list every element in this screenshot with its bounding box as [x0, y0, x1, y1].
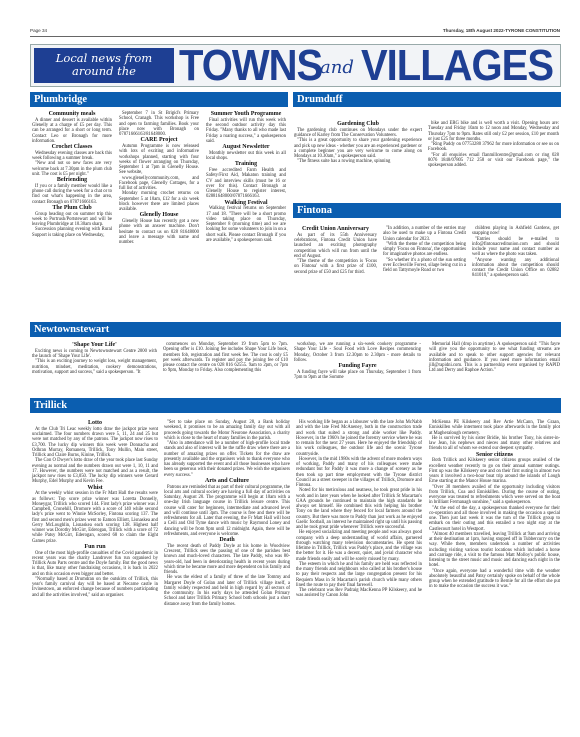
- article-paragraph: At the weekly whist session in the Fr Ma…: [32, 491, 158, 544]
- article-headline: Walking Festival: [206, 200, 286, 207]
- article-paragraph: As part of its 55th Anniversary celebrat…: [294, 233, 377, 259]
- article-headline: Arts and Culture: [164, 478, 290, 485]
- article-paragraph: "This is a great opportunity to share yo…: [294, 138, 422, 159]
- trillick-col-2: "Set to take place on Sunday, August 28,…: [164, 420, 290, 607]
- article-paragraph: The esteem in which he and his family ar…: [296, 562, 422, 588]
- article-paragraph: "In addition, a number of the entries ma…: [383, 226, 466, 242]
- article-paragraph: children playing in Ashfield Gardens, ge…: [472, 226, 559, 237]
- banner-towns: TOWNS: [179, 43, 322, 88]
- article-paragraph: He is survived by his sister Bridie, his…: [429, 436, 560, 452]
- page-folio: Page 34 Thursday, 18th August 2022-TYRON…: [30, 27, 560, 37]
- article-paragraph: Group heading out on summer trip this we…: [32, 212, 112, 228]
- article-headline: Senior citizens: [429, 452, 560, 459]
- article-headline: August Newsletter: [206, 144, 286, 151]
- article-paragraph: "Entries should be e-mailed to info@fint…: [472, 237, 559, 258]
- article-paragraph: "Normally based at Drumdran on the outsk…: [32, 577, 158, 598]
- trillick-col-4: McKenna PE Kilskeery and Rev Artie McCan…: [429, 420, 560, 590]
- article-headline: Gardening Club: [294, 121, 422, 128]
- article-headline: Fun run: [32, 544, 158, 551]
- article-paragraph: "Once again, everyone had a wonderful ti…: [429, 569, 560, 590]
- article-paragraph: Succession planning evening with Rural S…: [32, 227, 112, 238]
- article-headline: Funding Fayre: [294, 363, 421, 370]
- section-header-drumduff: Drumduff: [293, 92, 561, 107]
- article-headline: Lotto: [32, 420, 158, 427]
- article-paragraph: Glenelly House has recently got a new ph…: [119, 219, 199, 245]
- article-paragraph: Memorial Hall (drop in anytime). A spoke…: [429, 342, 560, 374]
- trillick-col-1: LottoAt the Club Tri Leac weekly lotto d…: [32, 420, 158, 598]
- article-headline: Whist: [32, 485, 158, 492]
- article-paragraph: A dinner and dessert is available within…: [32, 118, 112, 144]
- article-paragraph: He enjoyed socializing and meeting peopl…: [296, 530, 422, 562]
- article-paragraph: "The theme of the competition is 'Focus …: [294, 259, 377, 275]
- article-headline: The Plum Club: [32, 205, 112, 212]
- article-paragraph: "Set to take place on Sunday, August 28,…: [164, 420, 290, 441]
- article-paragraph: Autumn Programme is now released with lo…: [119, 144, 199, 176]
- newtownstewart-col-1: 'Shape Your Life'Exciting news is coming…: [32, 342, 157, 375]
- fintona-col-1: Credit Union AnniversaryAs part of its 5…: [294, 226, 377, 275]
- page-number: Page 34: [30, 28, 47, 33]
- article-paragraph: "Also in attendance will be a number of …: [164, 441, 290, 478]
- article-paragraph: The Con O Dwyer's lotto draw of the year…: [32, 458, 158, 484]
- article-paragraph: Exciting news is coming to Newtownstewar…: [32, 349, 157, 360]
- article-headline: Credit Union Anniversary: [294, 226, 377, 233]
- newtownstewart-col-4: Memorial Hall (drop in anytime). A spoke…: [429, 342, 560, 374]
- section-header-plumbridge: Plumbridge: [30, 92, 288, 107]
- article-headline: 'Shape Your Life': [32, 342, 157, 349]
- article-paragraph: Final activities will run this week with…: [206, 118, 286, 144]
- article-paragraph: If you or a family member would like a p…: [32, 184, 112, 205]
- banner-script-line2: around the: [34, 65, 174, 78]
- banner-script-box: Local news from around the: [34, 48, 174, 83]
- article-paragraph: One of the most high-profile casualties …: [32, 551, 158, 577]
- article-paragraph: The gardening club continues on Mondays …: [294, 128, 422, 139]
- article-paragraph: The celebrant was Rev Padraig MacKenna P…: [296, 588, 422, 599]
- article-paragraph: "For all enquiries email flanmillcentre@…: [428, 153, 559, 169]
- article-paragraph: www.glenellycommunity.com, and Facebook …: [119, 176, 199, 192]
- article-paragraph: He was the eldest of a family of three o…: [164, 575, 290, 607]
- article-paragraph: At the Club Tri Leac weekly lotto draw t…: [32, 427, 158, 459]
- fintona-col-2: "In addition, a number of the entries ma…: [383, 226, 466, 273]
- article-paragraph: Wednesday evening classes are back this …: [32, 151, 112, 162]
- article-paragraph: However, in the mid 1980s with the adven…: [296, 457, 422, 489]
- article-paragraph: "The fitness suite has a rowing machine,…: [294, 159, 422, 164]
- article-paragraph: The recent death of Paddy Doyle at his h…: [164, 544, 290, 576]
- article-paragraph: bike and ERG bike and is well worth a vi…: [428, 121, 559, 142]
- section-header-trillick: Trillick: [30, 398, 561, 413]
- article-paragraph: "Over 30 members availed of the opportun…: [429, 485, 560, 506]
- drumduff-col-2: bike and ERG bike and is well worth a vi…: [428, 121, 559, 168]
- article-paragraph: Both Trillick and Kilskeery senior citiz…: [429, 458, 560, 484]
- article-headline: Summer Youth Programme: [206, 111, 286, 118]
- article-paragraph: "This is an exciting journey to weight l…: [32, 359, 157, 375]
- section-banner: Local news from around the TOWNS and VIL…: [30, 44, 561, 87]
- article-paragraph: "Almost 40 members travelled, leaving Tr…: [429, 532, 560, 569]
- article-headline: Glenelly House: [119, 212, 199, 219]
- fintona-col-3: children playing in Ashfield Gardens, ge…: [472, 226, 559, 279]
- article-paragraph: September 7 in St Brigid's Primary Schoo…: [119, 111, 199, 137]
- article-paragraph: Monthly newsletter out this week in all …: [206, 151, 286, 162]
- article-paragraph: commences on Monday, September 19 from 5…: [163, 342, 288, 374]
- article-paragraph: workshop, we are running a six-week cook…: [294, 342, 421, 363]
- plumbridge-col-1: Community mealsA dinner and dessert is a…: [32, 111, 112, 238]
- article-paragraph: A funding fayre will take place on Thurs…: [294, 370, 421, 381]
- newtownstewart-col-3: workshop, we are running a six-week cook…: [294, 342, 421, 380]
- article-paragraph: Monday morning crochet returns on Septem…: [119, 191, 199, 212]
- article-headline: Training: [206, 161, 286, 168]
- section-header-newtownstewart: Newtownstewart: [30, 322, 561, 337]
- article-paragraph: Free accredited Farm Health and Safety/F…: [206, 168, 286, 200]
- article-headline: Death: [164, 537, 290, 544]
- plumbridge-col-2: September 7 in St Brigid's Primary Schoo…: [119, 111, 199, 245]
- drumduff-col-1: Gardening ClubThe gardening club continu…: [294, 121, 422, 165]
- article-paragraph: Noted for his meticulous and neatness, h…: [296, 488, 422, 530]
- article-paragraph: "So whether it's a photo of the sun sett…: [383, 258, 466, 274]
- banner-villages: VILLAGES: [361, 43, 553, 88]
- plumbridge-col-3: Summer Youth ProgrammeFinal activities w…: [206, 111, 286, 243]
- section-header-fintona: Fintona: [293, 203, 561, 218]
- article-paragraph: Patrons are reminded that as part of the…: [164, 485, 290, 538]
- article-paragraph: McKenna PE Kilskeery and Rev Artie McCan…: [429, 420, 560, 436]
- article-paragraph: Walking festival returns on September 17…: [206, 206, 286, 243]
- article-paragraph: "At the end of the day, a spokesperson t…: [429, 506, 560, 532]
- article-paragraph: "Ring Paddy on 07753280 37962 for more i…: [428, 142, 559, 153]
- article-paragraph: "With the theme of the competition being…: [383, 242, 466, 258]
- banner-and: and: [320, 57, 354, 78]
- article-paragraph: "New and not so new faces are very welco…: [32, 161, 112, 177]
- article-paragraph: His working life began as a labourer wit…: [296, 420, 422, 457]
- newtownstewart-col-2: commences on Monday, September 19 from 5…: [163, 342, 288, 374]
- article-headline: CARE Project: [119, 137, 199, 144]
- article-headline: Community meals: [32, 111, 112, 118]
- article-paragraph: "Anyone wanting any additional informati…: [472, 258, 559, 279]
- article-headline: Befriending: [32, 177, 112, 184]
- trillick-col-3: His working life began as a labourer wit…: [296, 420, 422, 599]
- article-headline: Crochet Classes: [32, 144, 112, 151]
- dateline: Thursday, 18th August 2022-TYRONE CONSTI…: [443, 28, 560, 33]
